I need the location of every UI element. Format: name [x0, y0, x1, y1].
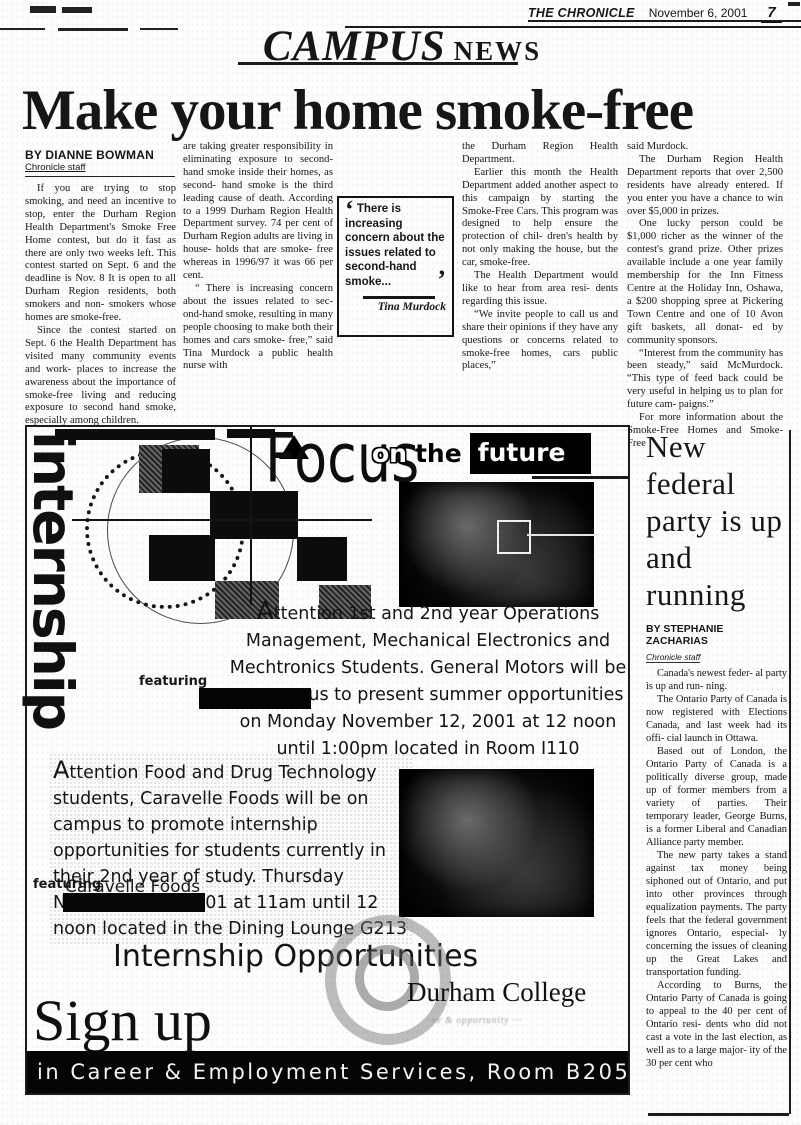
collage-crosshair-horizontal [72, 519, 372, 521]
sidebar-bottom-rule [648, 1113, 789, 1116]
paragraph: the Durham Region Health Department. [462, 141, 618, 167]
paragraph: Since the contest started on Sept. 6 the… [25, 325, 176, 428]
scan-mark [788, 2, 800, 6]
pull-quote-box: ‘ There is increasing concern about the … [337, 196, 454, 337]
collage-bar [55, 429, 215, 440]
masthead-rule [528, 20, 801, 22]
sidebar-body: Canada's newest feder- al party is up an… [646, 667, 787, 1070]
paragraph: The Health Department would like to hear… [462, 270, 618, 309]
paragraph: The new party takes a stand against tax … [646, 849, 787, 979]
ad-photo-bottom [399, 769, 594, 917]
featuring-label-1: featuring [139, 674, 207, 689]
sidebar-byline-role: Chronicle staff [646, 652, 700, 663]
durham-college-name: Durham College [407, 977, 586, 1008]
banner-underline [532, 476, 630, 479]
paragraph: One lucky person could be $1,000 richer … [627, 218, 783, 347]
sidebar-right-rule [789, 430, 791, 1114]
collage-square [162, 449, 210, 493]
byline-name: BY DIANNE BOWMAN [25, 148, 175, 162]
pull-quote-text: ‘ There is increasing concern about the … [345, 202, 446, 289]
scan-mark [0, 28, 45, 30]
on-the-future-banner: on the future [372, 433, 591, 474]
section-rule-bottom [238, 62, 518, 65]
sign-up-title: Sign up [33, 987, 212, 1054]
sidebar-article: New federal party is up and running BY S… [646, 428, 787, 1070]
newspaper-page: THE CHRONICLE November 6, 2001 7 CampusN… [0, 0, 801, 1125]
article-byline: BY DIANNE BOWMAN Chronicle staff [25, 148, 175, 177]
internship-ad: internship Focus on [25, 425, 630, 1095]
close-quote-glyph: ’ [437, 275, 446, 285]
paragraph: “ There is increasing concern about the … [183, 283, 333, 373]
ad-bottom-bar-text: in Career & Employment Services, Room B2… [27, 1060, 630, 1084]
article-column-2: are taking greater responsibility in eli… [183, 141, 333, 373]
paragraph: Earlier this month the Health Department… [462, 167, 618, 270]
paragraph: Based out of London, the Ontario Party o… [646, 745, 787, 849]
article-column-1: If you are trying to stop smoking, and n… [25, 183, 176, 454]
collage-square [149, 535, 215, 581]
paragraph: said Murdock. [627, 141, 783, 154]
paragraph: The Ontario Party of Canada is now regis… [646, 693, 787, 745]
sidebar-headline: New federal party is up and running [646, 428, 787, 613]
scan-mark [140, 28, 178, 30]
article-column-3: the Durham Region Health Department. Ear… [462, 141, 618, 373]
quote-attribution: Tina Murdock [345, 301, 446, 313]
banner-word-on: on [372, 439, 407, 468]
article-column-4: said Murdock. The Durham Region Health D… [627, 141, 783, 451]
caravelle-announcement-text: Attention Food and Drug Technology stude… [49, 753, 413, 946]
photo-white-square [497, 520, 531, 554]
byline-role: Chronicle staff [25, 162, 175, 173]
collage-square [297, 537, 347, 581]
ad-photo-top [399, 482, 594, 607]
banner-word-the: the [415, 439, 462, 468]
paragraph: Canada's newest feder- al party is up an… [646, 667, 787, 693]
sidebar-byline: BY STEPHANIE ZACHARIAS [646, 623, 787, 647]
pull-quote-body: There is increasing concern about the is… [345, 203, 445, 288]
college-tagline: ··ne & opportunity ··· [425, 1015, 523, 1025]
ad-bottom-bar: in Career & Employment Services, Room B2… [27, 1051, 628, 1093]
scan-mark [30, 6, 56, 13]
banner-word-future: future [470, 433, 592, 474]
featuring-logo-bar-1 [199, 688, 311, 709]
paragraph: If you are trying to stop smoking, and n… [25, 183, 176, 325]
caravelle-foods-label: Caravelle Foods [65, 877, 200, 897]
collage-crosshair-vertical [250, 425, 252, 605]
scan-mark [62, 7, 92, 13]
article-headline: Make your home smoke-free [22, 78, 782, 143]
paragraph: are taking greater responsibility in eli… [183, 141, 333, 283]
paragraph: “We invite people to call us and share t… [462, 309, 618, 374]
paragraph: According to Burns, the Ontario Party of… [646, 979, 787, 1070]
issue-date: November 6, 2001 [649, 6, 748, 20]
photo-white-line [527, 534, 597, 536]
quote-divider-bar [363, 296, 435, 299]
publication-name: THE CHRONICLE [528, 6, 635, 20]
paragraph: The Durham Region Health Department repo… [627, 154, 783, 219]
collage-square [210, 491, 298, 539]
gm-announcement-text: Attention 1st and 2nd year Operations Ma… [227, 597, 629, 763]
paragraph: “Interest from the community has been st… [627, 348, 783, 413]
scan-mark [58, 28, 128, 31]
